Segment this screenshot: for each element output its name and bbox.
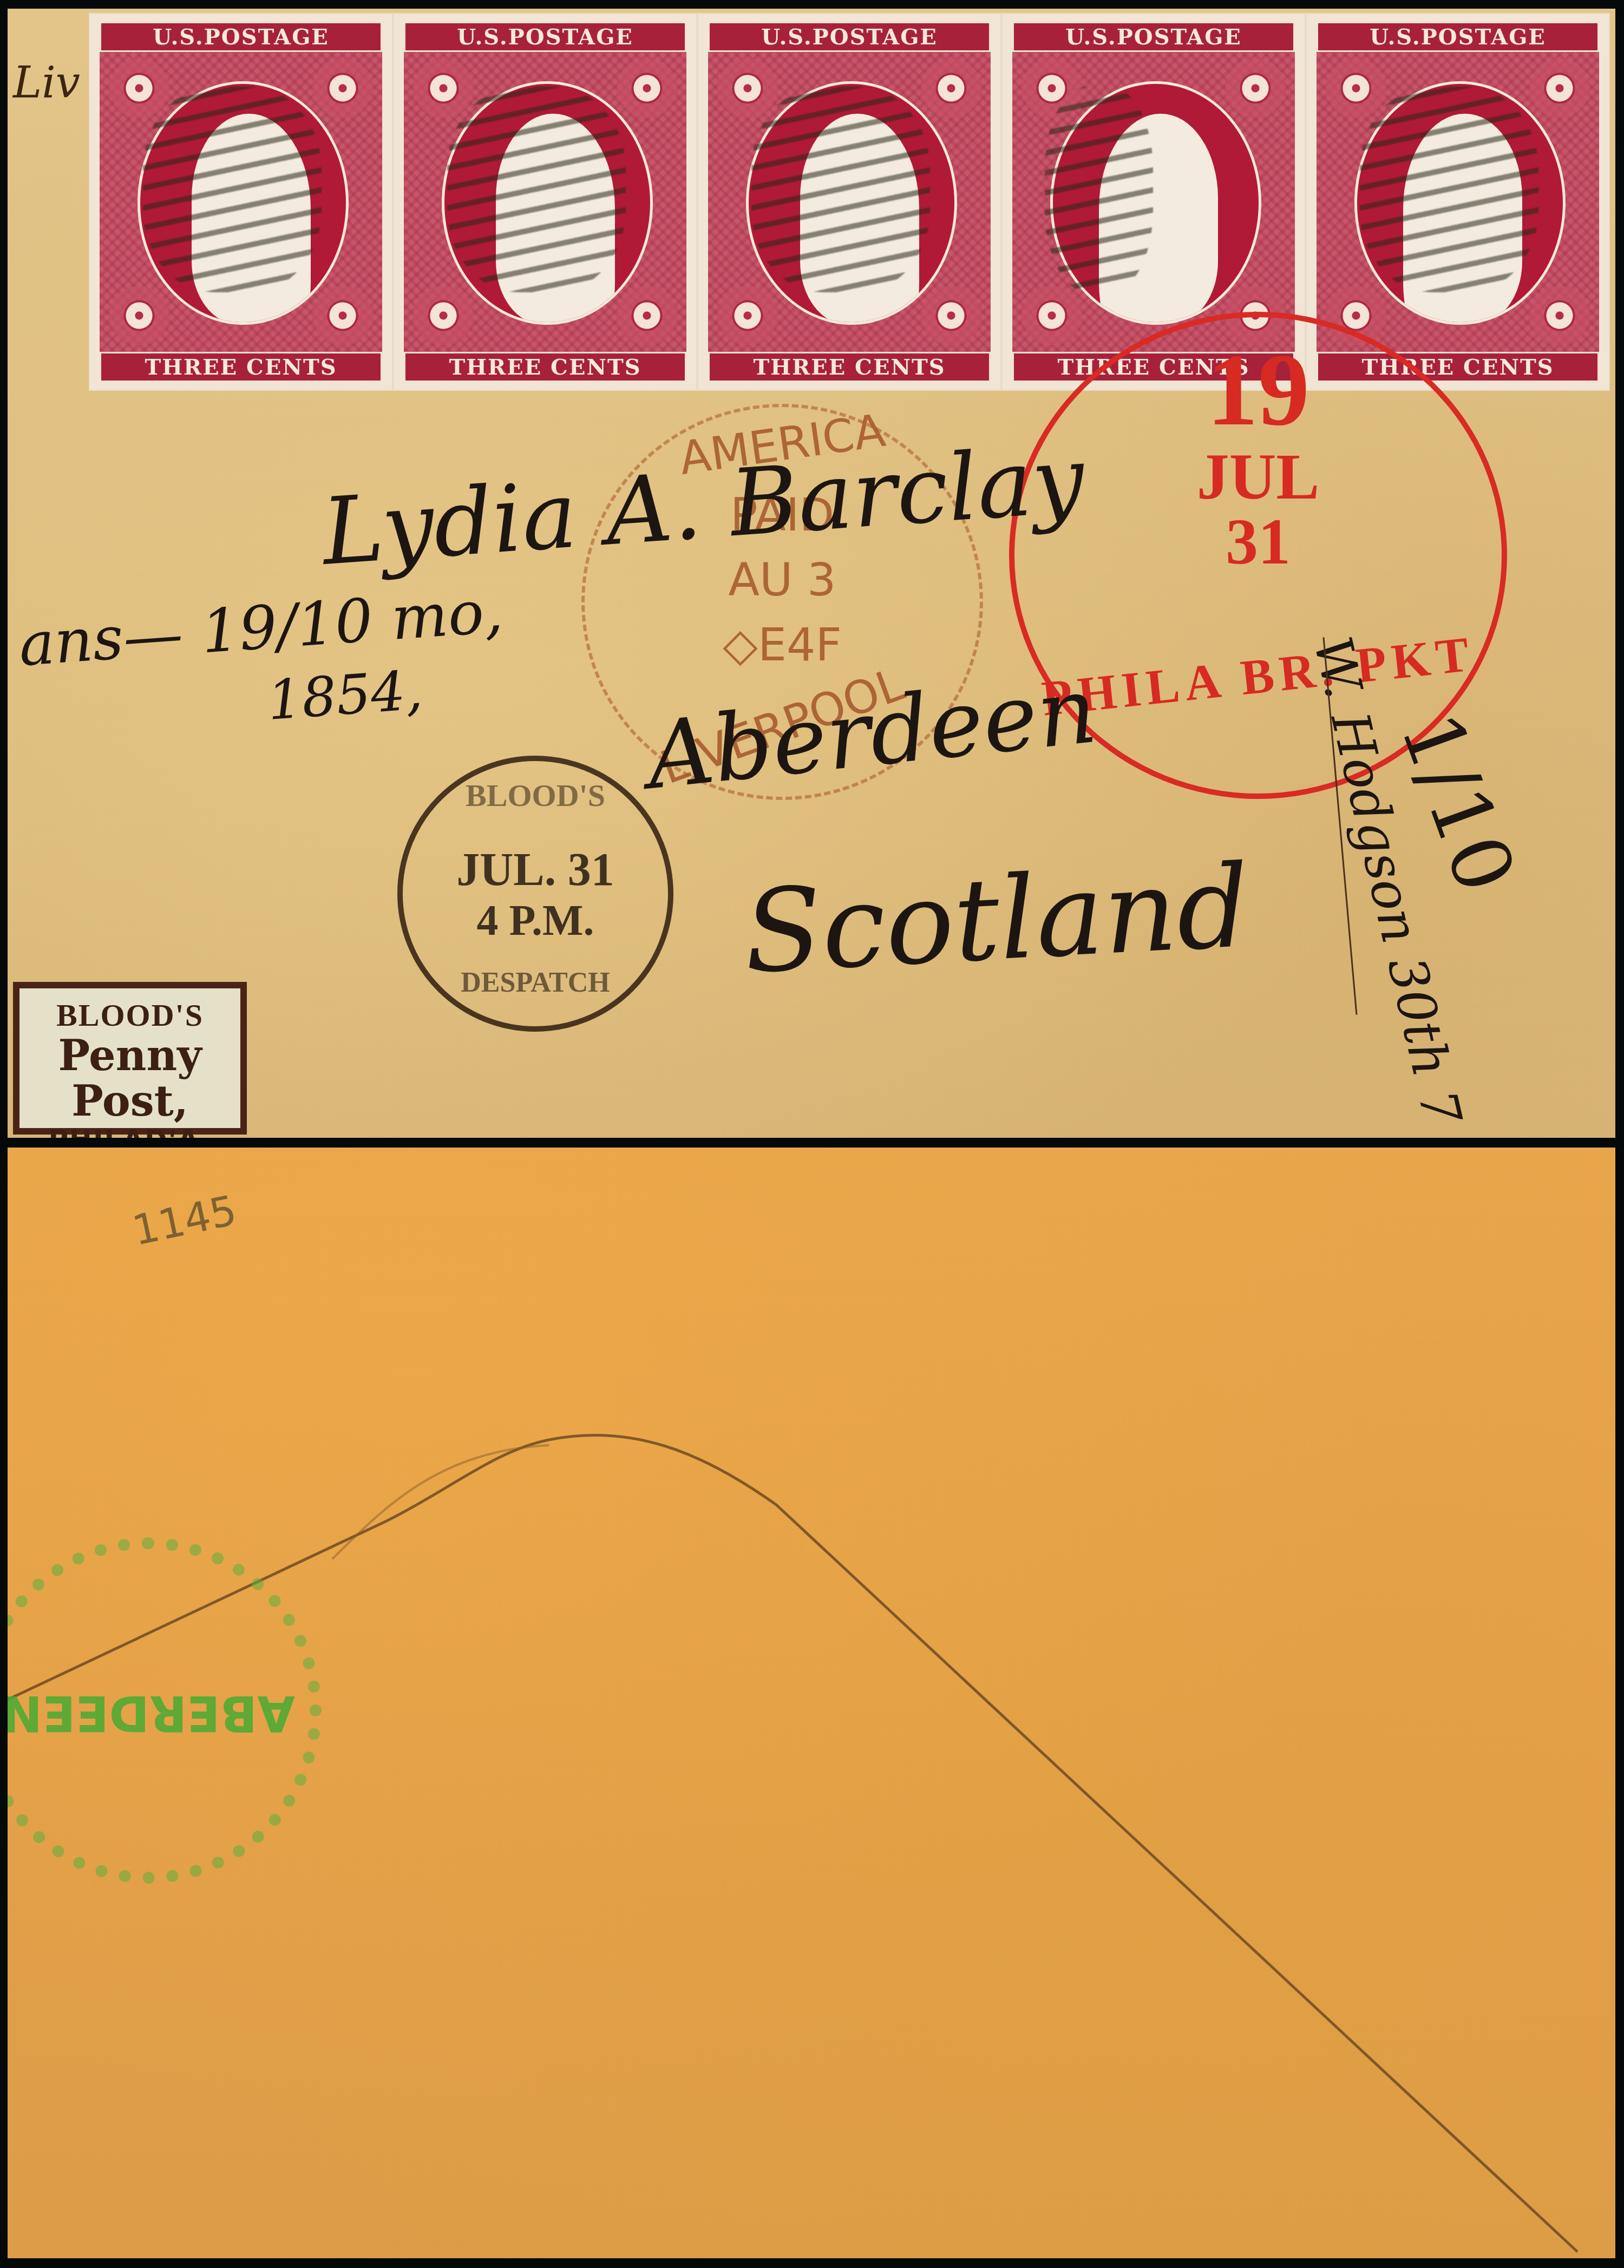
postmark-day: 31	[1014, 509, 1502, 574]
stamp: U.S.POSTAGE THREE CENTS	[89, 13, 393, 391]
rosette-icon	[617, 286, 677, 345]
label-line-2: Penny Post,	[19, 1033, 240, 1124]
rosette-icon	[718, 58, 777, 118]
label-line-3: PHILAD'A.	[19, 1124, 240, 1138]
stamp-top-label: U.S.POSTAGE	[404, 22, 686, 52]
bloods-penny-post-label: BLOOD'S Penny Post, PHILAD'A.	[13, 982, 247, 1135]
rosette-icon	[718, 286, 777, 345]
label-line-1: BLOOD'S	[19, 997, 240, 1033]
stamp: U.S.POSTAGE THREE CENTS	[393, 13, 697, 391]
rosette-icon	[1530, 58, 1589, 118]
stamp-bottom-label: THREE CENTS	[404, 352, 686, 382]
rosette-icon	[1226, 58, 1285, 118]
grid-cancel	[1360, 87, 1538, 292]
receiving-postmark-text: ABERDEEN	[8, 1684, 310, 1741]
stamp-top-label: U.S.POSTAGE	[1012, 22, 1295, 52]
rosette-icon	[313, 58, 372, 118]
bloods-despatch-postmark: BLOOD'S JUL. 31 4 P.M. DESPATCH	[397, 756, 673, 1032]
grid-cancel	[1045, 87, 1153, 292]
docket-answered: ans— 19/10 mo,	[17, 576, 505, 679]
postmark-month: JUL	[1014, 444, 1502, 509]
postmark-top-arc: BLOOD'S	[403, 777, 668, 814]
rosette-icon	[414, 58, 473, 118]
rosette-icon	[1326, 58, 1386, 118]
stamp-bottom-label: THREE CENTS	[708, 352, 991, 382]
postmark-bottom-arc: DESPATCH	[403, 967, 668, 999]
rosette-icon	[313, 286, 372, 345]
envelope-front: U.S.POSTAGE THREE CENTS U.S.POSTAGE THRE…	[8, 9, 1615, 1138]
rosette-icon	[921, 58, 981, 118]
rosette-icon	[109, 58, 169, 118]
corner-mark: Liv	[13, 57, 80, 108]
postmark-rate: 19	[1014, 339, 1502, 442]
envelope-back: 1145 ABERDEEN	[8, 1148, 1615, 2258]
rosette-icon	[109, 286, 169, 345]
grid-cancel	[143, 87, 322, 292]
rosette-icon	[1530, 286, 1589, 345]
rosette-icon	[617, 58, 677, 118]
stamp: U.S.POSTAGE THREE CENTS	[697, 13, 1001, 391]
stamp-top-label: U.S.POSTAGE	[1317, 22, 1599, 52]
docket-year: 1854,	[265, 658, 424, 732]
stamp-bottom-label: THREE CENTS	[100, 352, 382, 382]
rosette-icon	[1022, 286, 1082, 345]
stamp-strip: U.S.POSTAGE THREE CENTS U.S.POSTAGE THRE…	[89, 13, 1610, 391]
address-country: Scotland	[741, 840, 1253, 999]
stamp-top-label: U.S.POSTAGE	[100, 22, 382, 52]
postmark-date: JUL. 31	[403, 842, 668, 896]
postmark-time: 4 P.M.	[403, 896, 668, 946]
stamp-top-label: U.S.POSTAGE	[708, 22, 991, 52]
rosette-icon	[414, 286, 473, 345]
rosette-icon	[921, 286, 981, 345]
grid-cancel	[447, 87, 626, 292]
grid-cancel	[751, 87, 930, 292]
